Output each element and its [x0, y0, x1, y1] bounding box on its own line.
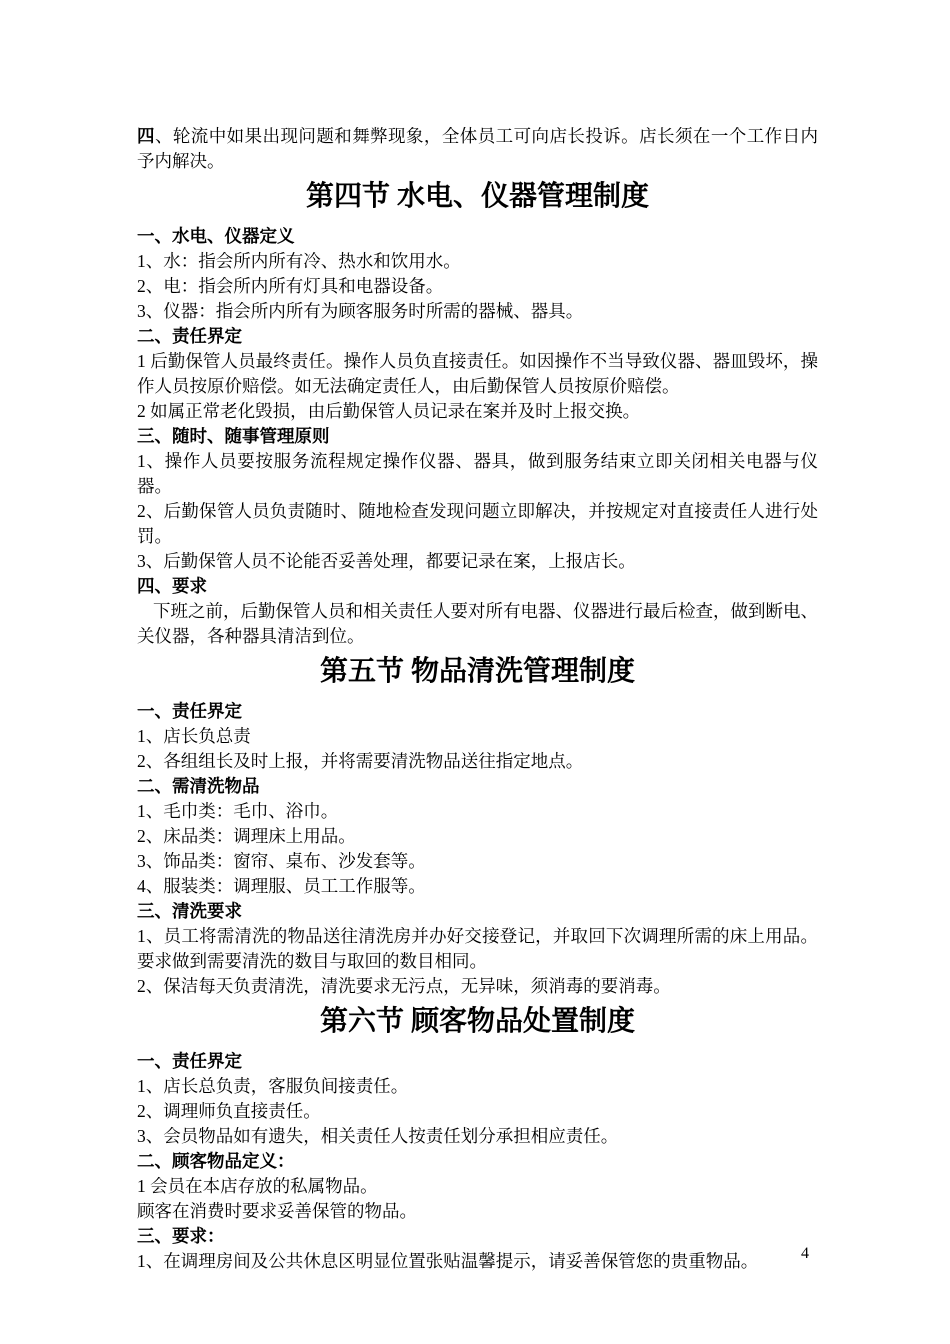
paragraph: 2、保洁每天负责清洗，清洗要求无污点，无异味，须消毒的要消毒。 — [137, 974, 818, 999]
section-title: 第五节 物品清洗管理制度 — [137, 653, 818, 691]
paragraph: 4、服装类：调理服、员工工作服等。 — [137, 874, 818, 899]
paragraph: 1、水：指会所内所有冷、热水和饮用水。 — [137, 249, 818, 274]
paragraph: 2 如属正常老化毁损，由后勤保管人员记录在案并及时上报交换。 — [137, 399, 818, 424]
page-number: 4 — [790, 1243, 820, 1265]
subheading: 四、要求 — [137, 574, 818, 599]
paragraph: 2、后勤保管人员负责随时、随地检查发现问题立即解决，并按规定对直接责任人进行处罚… — [137, 499, 818, 549]
subheading: 三、随时、随事管理原则 — [137, 424, 818, 449]
subheading: 三、要求： — [137, 1224, 818, 1249]
paragraph: 1、操作人员要按服务流程规定操作仪器、器具，做到服务结束立即关闭相关电器与仪器。 — [137, 449, 818, 499]
paragraph: 3、饰品类：窗帘、桌布、沙发套等。 — [137, 849, 818, 874]
paragraph: 1、毛巾类：毛巾、浴巾。 — [137, 799, 818, 824]
paragraph: 1 后勤保管人员最终责任。操作人员负直接责任。如因操作不当导致仪器、器皿毁坏，操… — [137, 349, 818, 399]
paragraph: 顾客在消费时要求妥善保管的物品。 — [137, 1199, 818, 1224]
paragraph: 3、会员物品如有遗失，相关责任人按责任划分承担相应责任。 — [137, 1124, 818, 1149]
paragraph: 1、员工将需清洗的物品送往清洗房并办好交接登记，并取回下次调理所需的床上用品。要… — [137, 924, 818, 974]
subheading: 二、责任界定 — [137, 324, 818, 349]
subheading: 一、水电、仪器定义 — [137, 224, 818, 249]
subheading: 三、清洗要求 — [137, 899, 818, 924]
paragraph: 下班之前，后勤保管人员和相关责任人要对所有电器、仪器进行最后检查，做到断电、关仪… — [137, 599, 818, 649]
subheading: 一、责任界定 — [137, 699, 818, 724]
section-title: 第六节 顾客物品处置制度 — [137, 1003, 818, 1041]
document-page: { "page": { "number": "4" }, "document":… — [0, 0, 950, 1344]
subheading: 二、顾客物品定义： — [137, 1149, 818, 1174]
paragraph: 1、店长负总责 — [137, 724, 818, 749]
paragraph: 1、在调理房间及公共休息区明显位置张贴温馨提示，请妥善保管您的贵重物品。 — [137, 1249, 818, 1274]
section-title: 第四节 水电、仪器管理制度 — [137, 178, 818, 216]
paragraph: 1、店长总负责，客服负间接责任。 — [137, 1074, 818, 1099]
paragraph-text: 、轮流中如果出现问题和舞弊现象，全体员工可向店长投诉。店长须在一个工作日内予内解… — [137, 126, 818, 171]
paragraph: 3、后勤保管人员不论能否妥善处理，都要记录在案，上报店长。 — [137, 549, 818, 574]
bold-list-marker: 四 — [137, 126, 155, 146]
paragraph: 1 会员在本店存放的私属物品。 — [137, 1174, 818, 1199]
paragraph: 2、床品类：调理床上用品。 — [137, 824, 818, 849]
paragraph: 3、仪器：指会所内所有为顾客服务时所需的器械、器具。 — [137, 299, 818, 324]
paragraph: 2、电：指会所内所有灯具和电器设备。 — [137, 274, 818, 299]
paragraph: 四、轮流中如果出现问题和舞弊现象，全体员工可向店长投诉。店长须在一个工作日内予内… — [137, 124, 818, 174]
subheading: 一、责任界定 — [137, 1049, 818, 1074]
subheading: 二、需清洗物品 — [137, 774, 818, 799]
paragraph: 2、各组组长及时上报，并将需要清洗物品送往指定地点。 — [137, 749, 818, 774]
paragraph: 2、调理师负直接责任。 — [137, 1099, 818, 1124]
document-body: 四、轮流中如果出现问题和舞弊现象，全体员工可向店长投诉。店长须在一个工作日内予内… — [137, 124, 818, 1274]
